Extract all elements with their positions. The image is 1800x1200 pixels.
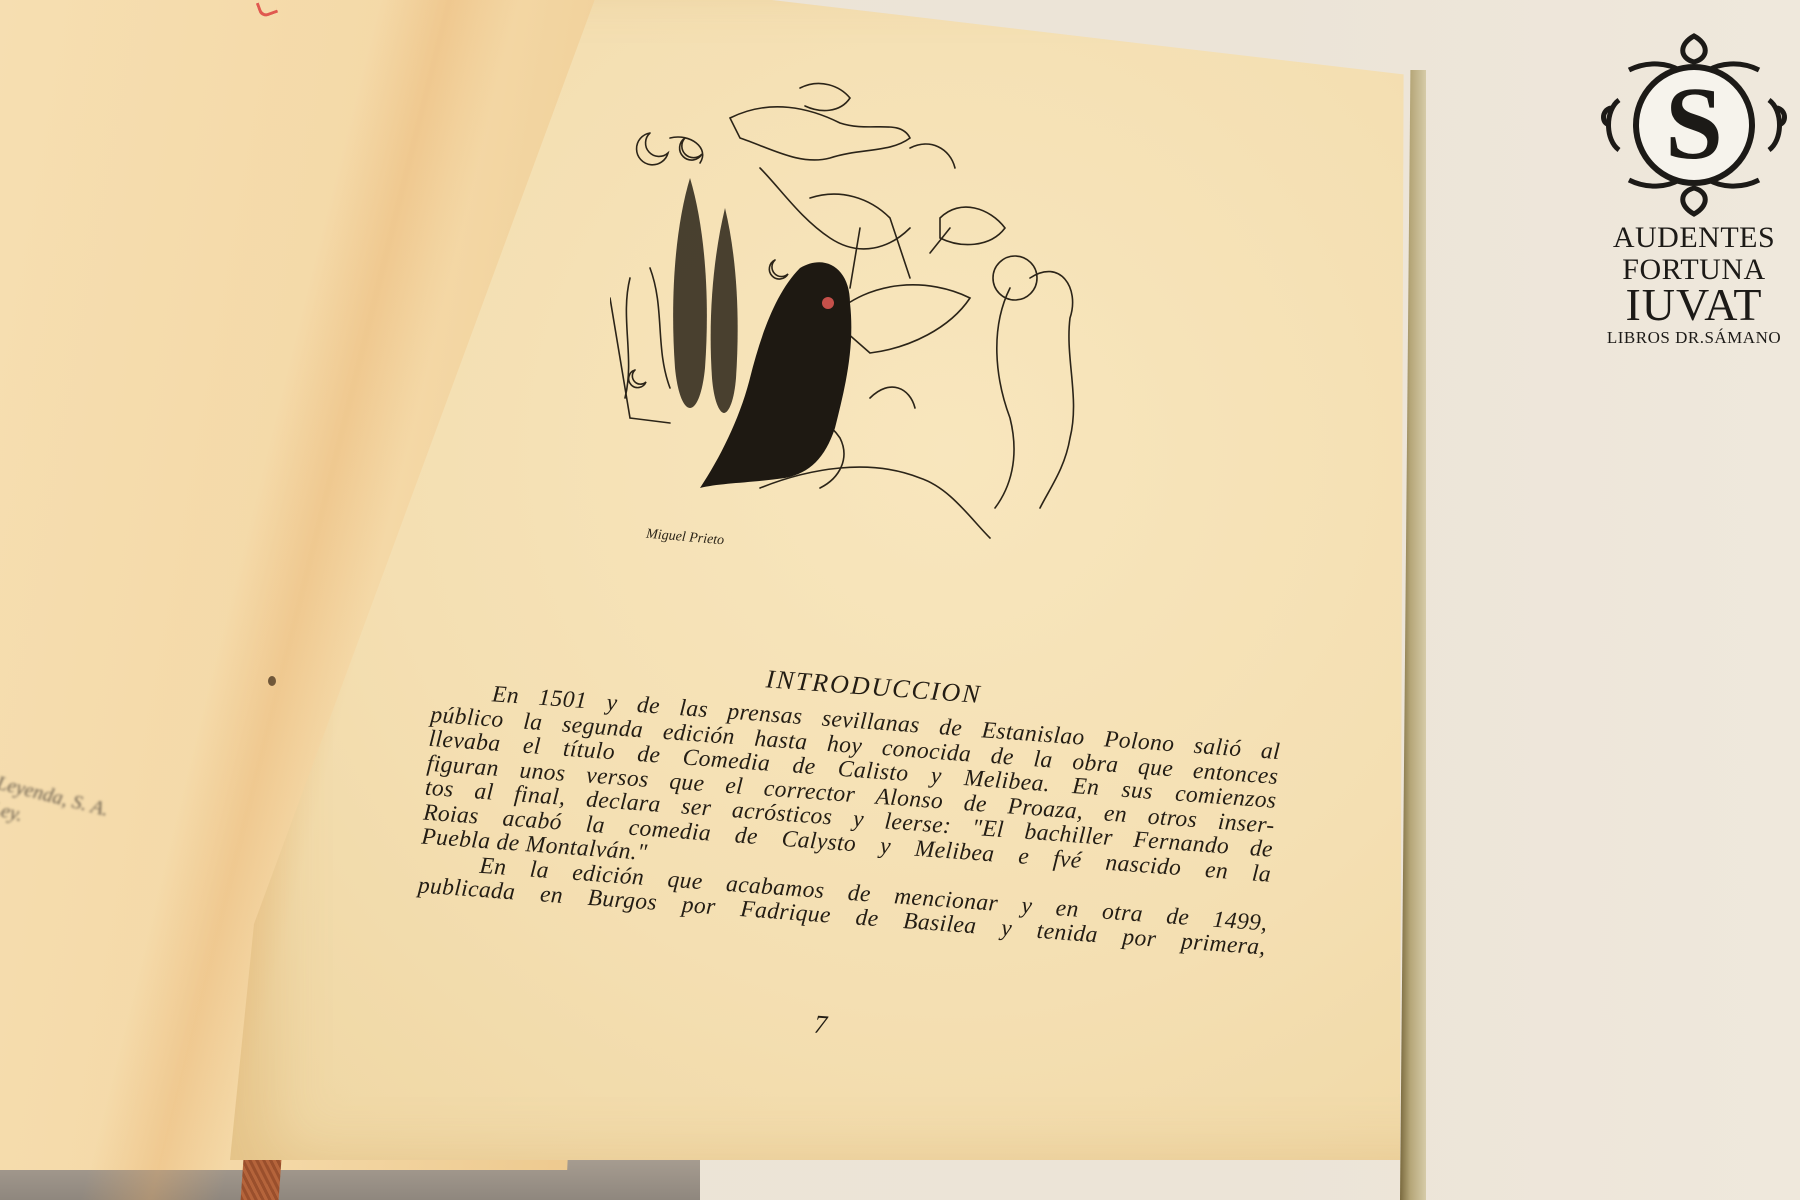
ornamental-s-monogram-icon: S (1599, 30, 1789, 220)
svg-text:S: S (1665, 66, 1723, 181)
logo-motto-line-3: IUVAT (1594, 284, 1794, 326)
ink-spot (268, 676, 276, 686)
ribbon-bookmark (241, 1160, 282, 1200)
allegorical-drawing-icon (610, 78, 1230, 638)
monogram-emblem: S (1599, 30, 1789, 220)
logo-motto-line-1: AUDENTES (1594, 224, 1794, 252)
bookseller-watermark-logo: S AUDENTES FORTUNA IUVAT LIBROS DR.SÁMAN… (1594, 30, 1794, 360)
page-number: 7 (813, 1010, 828, 1041)
logo-brand-name: LIBROS DR.SÁMANO (1594, 328, 1794, 348)
illustration (610, 78, 1230, 638)
